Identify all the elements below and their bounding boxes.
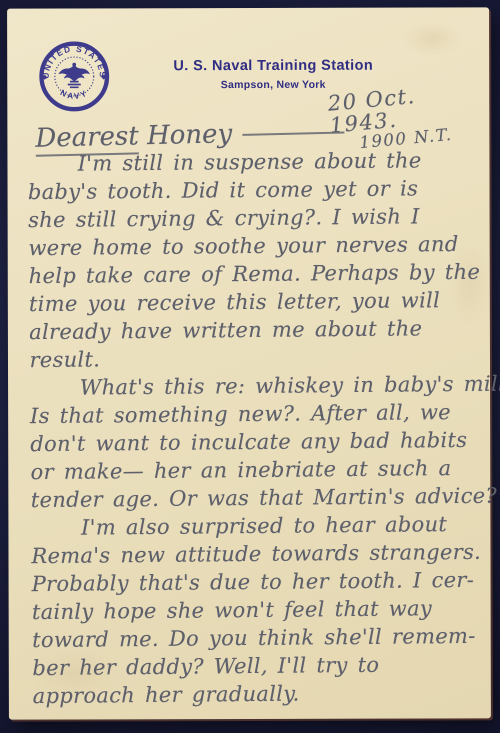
letter-line: don't want to inculcate any bad habits [24, 426, 480, 458]
letter-line: tainly hope she won't feel that way [26, 594, 482, 626]
letter-line: Is that something new?. After all, we [24, 398, 480, 430]
letter-paper: UNITED STATES NAVY U. S. Naval Training … [7, 7, 491, 719]
letter-line: result. [23, 342, 479, 374]
letter-line: toward me. Do you think she'll remem- [26, 622, 482, 654]
letter-line: she still crying & crying?. I wish I [22, 202, 478, 234]
paper-stain [402, 21, 462, 55]
greeting-word-honey: Honey [147, 119, 233, 151]
letter-line: What's this re: whiskey in baby's milk? [24, 370, 480, 402]
letter-line: help take care of Rema. Perhaps by the [23, 258, 479, 290]
letter-line: time you receive this letter, you will [23, 286, 479, 318]
letter-body: I'm still in suspense about the baby's t… [21, 146, 482, 710]
navy-eagle-icon [58, 63, 90, 88]
letter-line: ber her daddy? Well, I'll try to [26, 650, 482, 682]
letter-line: or make— her an inebriate at such a [24, 454, 480, 486]
letterhead: U. S. Naval Training Station Sampson, Ne… [163, 58, 383, 92]
letter-line: already have written me about the [23, 314, 479, 346]
letter-line: were home to soothe your nerves and [22, 230, 478, 262]
letter-line: approach her gradually. [27, 678, 483, 710]
svg-text:NAVY: NAVY [59, 88, 90, 101]
letter-line: I'm still in suspense about the [21, 146, 477, 178]
letter-line: Rema's new attitude towards strangers. [25, 538, 481, 570]
date-block: 20 Oct. 1943. 1900 N.T. [327, 79, 492, 155]
navy-seal-icon: UNITED STATES NAVY [38, 40, 110, 112]
seal-bottom-text: NAVY [59, 88, 90, 101]
greeting-dash-stroke [242, 132, 344, 136]
station-name: U. S. Naval Training Station [163, 58, 383, 75]
letter-line: Probably that's due to her tooth. I cer- [26, 566, 482, 598]
letter-line: I'm also surprised to hear about [25, 510, 481, 542]
letter-line: tender age. Or was that Martin's advice? [25, 482, 481, 514]
letter-line: baby's tooth. Did it come yet or is [22, 174, 478, 206]
